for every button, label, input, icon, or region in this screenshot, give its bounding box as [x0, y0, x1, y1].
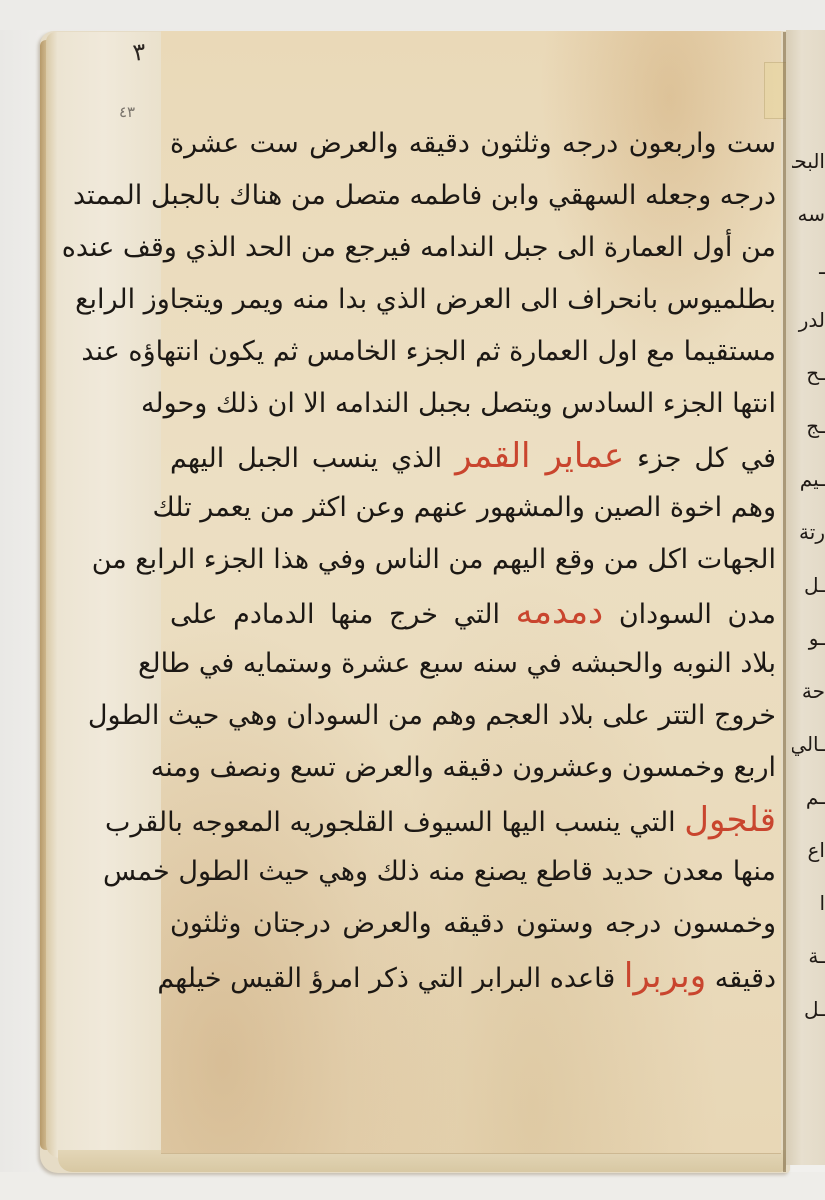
line-text: مدن السودان — [619, 599, 776, 630]
line-text: خروج التتر على بلاد العجم وهم من السودان… — [88, 700, 776, 731]
line-text: درجه وجعله السهقي وابن فاطمه متصل من هنا… — [73, 180, 776, 211]
facing-fragment: ـو — [792, 612, 825, 665]
facing-fragment: ـيم — [792, 453, 825, 506]
line-text: الجهات اكل من وقع اليهم من الناس وفي هذا… — [92, 544, 776, 575]
facing-fragment: ـج — [792, 400, 825, 453]
facing-fragment: سه — [792, 188, 825, 241]
facing-fragment: ـة — [792, 930, 825, 983]
facing-fragment: اع — [792, 824, 825, 877]
text-line: في كل جزء عماير القمر الذي ينسب الجبل ال… — [170, 430, 776, 482]
line-text: وهم اخوة الصين والمشهور عنهم وعن اكثر من… — [152, 492, 776, 523]
facing-fragment: ـل — [792, 983, 825, 1036]
text-line: وهم اخوة الصين والمشهور عنهم وعن اكثر من… — [170, 482, 776, 534]
facing-fragment: لدر — [792, 294, 825, 347]
line-text: منها معدن حديد قاطع يصنع منه ذلك وهي حيث… — [103, 856, 776, 887]
line-text: انتها الجزء السادس ويتصل بجبل الندامه ال… — [141, 388, 776, 419]
rubric-heading: دمدمه — [516, 592, 604, 632]
text-line: خروج التتر على بلاد العجم وهم من السودان… — [170, 690, 776, 742]
text-line: منها معدن حديد قاطع يصنع منه ذلك وهي حيث… — [170, 846, 776, 898]
line-text: من أول العمارة الى جبل الندامه فيرجع من … — [62, 232, 776, 263]
line-text: في كل جزء — [637, 443, 776, 474]
line-text: الذي ينسب الجبل اليهم — [170, 443, 442, 474]
facing-fragment: ـالي — [792, 718, 825, 771]
line-text: دقيقه — [715, 963, 776, 994]
line-text: وخمسون درجه وستون دقيقه والعرض درجتان وث… — [170, 908, 776, 939]
text-line: مدن السودان دمدمه التي خرج منها الدمادم … — [170, 586, 776, 638]
backdrop-top — [0, 0, 825, 30]
pencil-margin-mark: ٤٣ — [119, 103, 135, 121]
rubric-heading: عماير القمر — [455, 436, 624, 476]
text-line: الجهات اكل من وقع اليهم من الناس وفي هذا… — [170, 534, 776, 586]
facing-fragment: ـ — [792, 241, 825, 294]
text-line: انتها الجزء السادس ويتصل بجبل الندامه ال… — [170, 378, 776, 430]
rubric-heading: قلجول — [684, 800, 776, 840]
facing-fragment: ا — [792, 877, 825, 930]
text-line: بطلميوس بانحراف الى العرض الذي بدا منه و… — [170, 274, 776, 326]
text-line: درجه وجعله السهقي وابن فاطمه متصل من هنا… — [170, 170, 776, 222]
text-line: من أول العمارة الى جبل الندامه فيرجع من … — [170, 222, 776, 274]
line-text: قاعده البرابر التي ذكر امرؤ القيس خيلهم — [157, 963, 615, 994]
facing-page-text: البحر سه ـ لدر ـح ـج ـيم رتة ـل ـو حة ـا… — [792, 135, 825, 1036]
text-line: مستقيما مع اول العمارة ثم الجزء الخامس ث… — [170, 326, 776, 378]
line-text: مستقيما مع اول العمارة ثم الجزء الخامس ث… — [81, 336, 776, 367]
line-text: اربع وخمسون وعشرون دقيقه والعرض تسع ونصف… — [151, 752, 776, 783]
backdrop-bottom — [0, 1172, 825, 1200]
line-text: التي خرج منها الدمادم على — [170, 599, 500, 630]
facing-fragment: ـل — [792, 559, 825, 612]
facing-fragment: البحر — [792, 135, 825, 188]
text-line: ست واربعون درجه وثلثون دقيقه والعرض ست ع… — [170, 118, 776, 170]
rubric-heading: وبربرا — [624, 956, 706, 996]
line-text: التي ينسب اليها السيوف القلجوريه المعوجه… — [105, 807, 676, 838]
line-text: بطلميوس بانحراف الى العرض الذي بدا منه و… — [75, 284, 776, 315]
text-line: قلجول التي ينسب اليها السيوف القلجوريه ا… — [170, 794, 776, 846]
text-line: وخمسون درجه وستون دقيقه والعرض درجتان وث… — [170, 898, 776, 950]
facing-fragment: ـح — [792, 347, 825, 400]
facing-fragment: ـم — [792, 771, 825, 824]
facing-fragment: حة — [792, 665, 825, 718]
facing-fragment: رتة — [792, 506, 825, 559]
text-line: بلاد النوبه والحبشه في سنه سبع عشرة وستم… — [170, 638, 776, 690]
text-line: دقيقه وبربرا قاعده البرابر التي ذكر امرؤ… — [170, 950, 776, 1002]
manuscript-text-block: ست واربعون درجه وثلثون دقيقه والعرض ست ع… — [170, 118, 776, 1002]
text-line: اربع وخمسون وعشرون دقيقه والعرض تسع ونصف… — [170, 742, 776, 794]
line-text: بلاد النوبه والحبشه في سنه سبع عشرة وستم… — [138, 648, 776, 679]
line-text: ست واربعون درجه وثلثون دقيقه والعرض ست ع… — [170, 128, 776, 159]
